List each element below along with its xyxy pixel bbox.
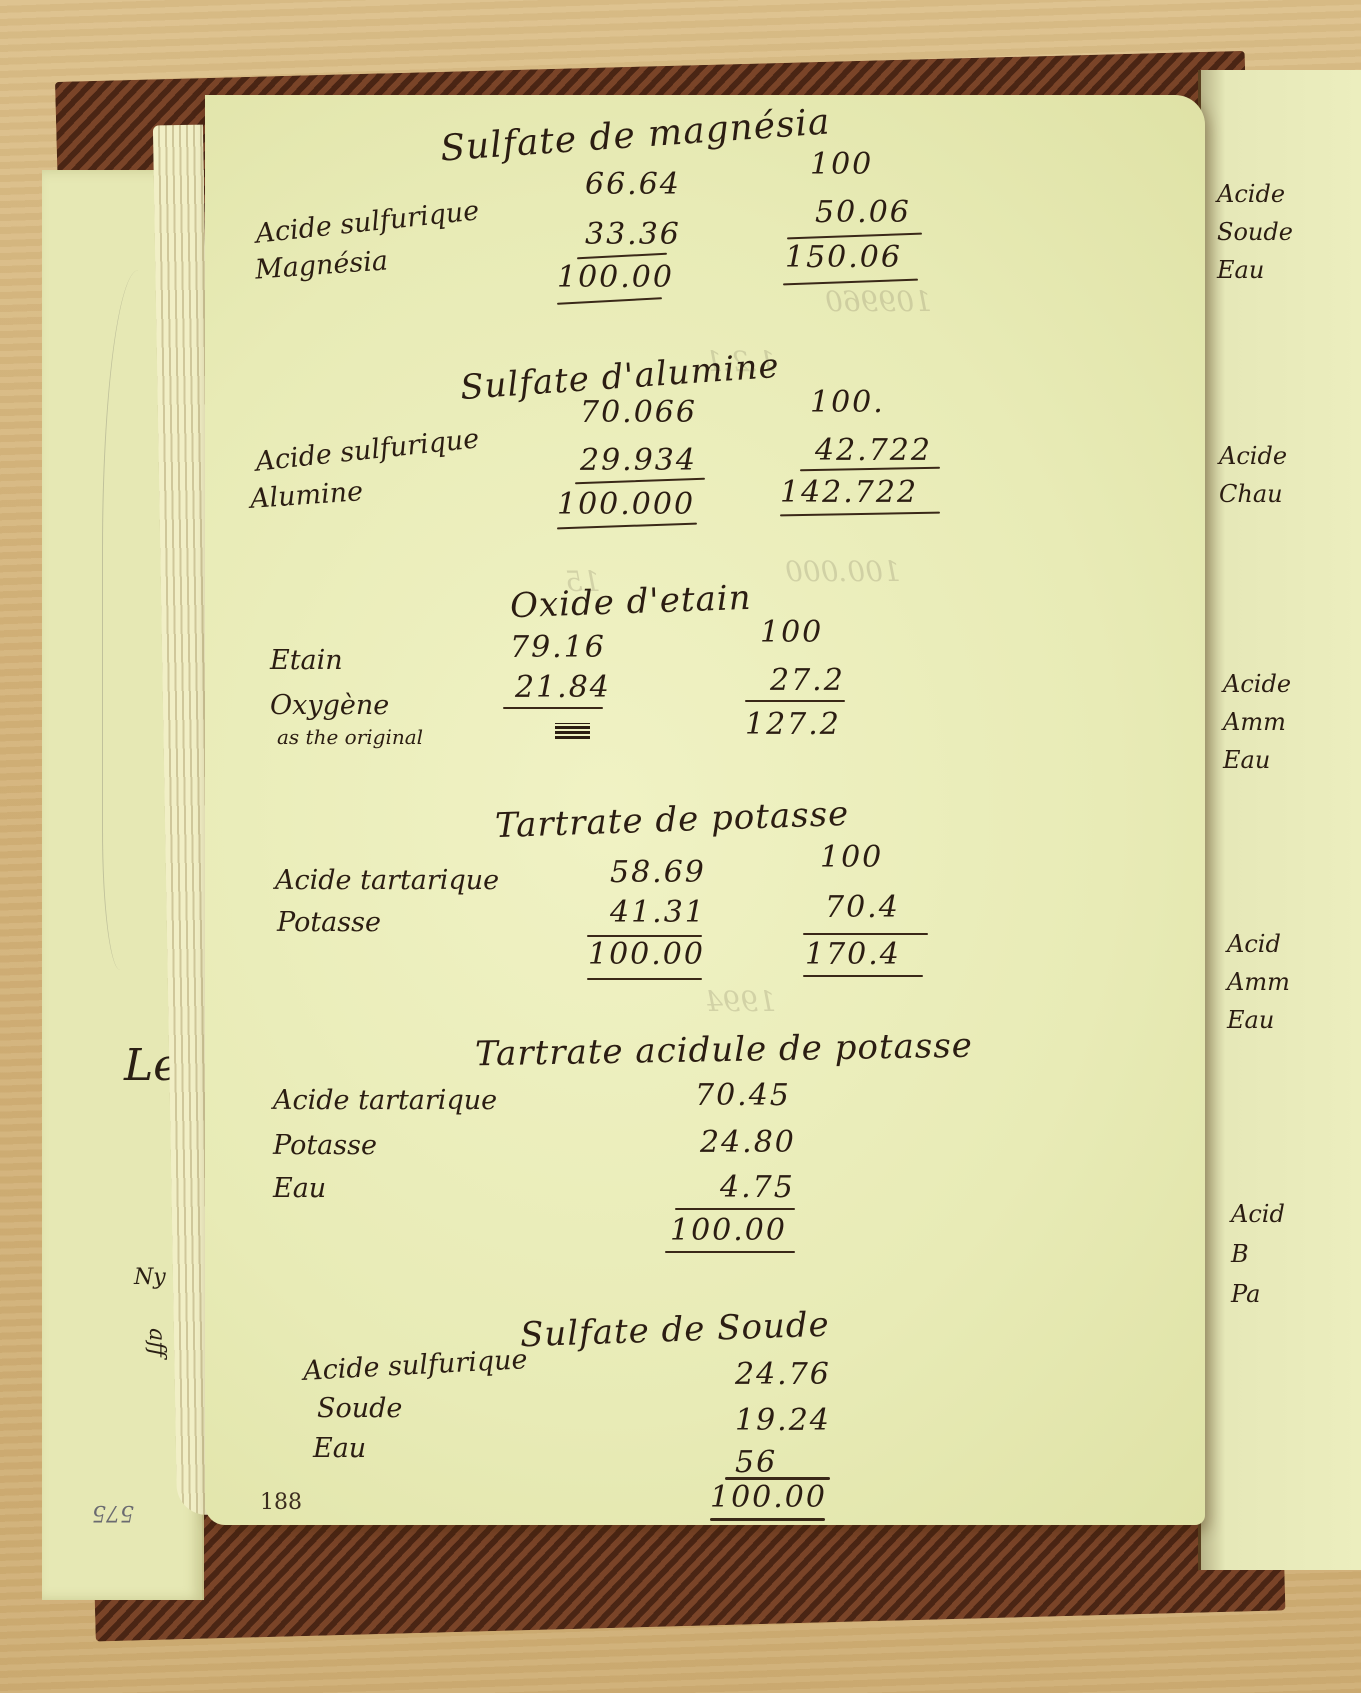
row-label: Acide sulfurique: [254, 195, 481, 249]
sum-rule: [675, 1208, 795, 1210]
right-fragment: Acide: [1219, 442, 1287, 470]
value-col2: 27.2: [770, 663, 845, 698]
row-label: Acide sulfurique: [302, 1344, 528, 1387]
total-col2: 150.06: [785, 240, 902, 275]
value-col2: 42.722: [815, 433, 932, 468]
total-col1: 100.00: [670, 1213, 787, 1248]
value-col1: 4.75: [720, 1170, 795, 1205]
row-label: Eau: [273, 1173, 326, 1204]
right-fragment: Acid: [1231, 1200, 1285, 1228]
total-col1: 100.00: [710, 1480, 827, 1515]
section-title: Sulfate de Soude: [519, 1305, 830, 1356]
right-fragment: Eau: [1217, 256, 1264, 284]
sum-rule: [803, 975, 923, 977]
right-fragment: Eau: [1227, 1006, 1274, 1034]
row-label: Potasse: [273, 1130, 377, 1161]
value-col1: 70.45: [695, 1078, 791, 1113]
row-label: Soude: [317, 1393, 402, 1424]
sum-rule: [745, 700, 845, 702]
row-label: Oxygène: [270, 690, 389, 721]
value-col1: 24.76: [735, 1357, 831, 1392]
right-fragment: B: [1231, 1240, 1249, 1268]
sum-rule: [587, 978, 702, 980]
value-col1: 29.934: [580, 443, 697, 478]
value-col2: 100: [810, 147, 873, 182]
spine-number: 575: [92, 1500, 134, 1525]
right-fragment: Soude: [1217, 218, 1293, 246]
sum-rule: [803, 933, 928, 935]
total-col1: 100.00: [557, 260, 674, 295]
sum-rule: [557, 523, 697, 530]
section-title: Oxide d'etain: [509, 578, 752, 626]
notebook-page: 109960 1.2.1 100.000 15 1994 Sulfate de …: [205, 95, 1205, 1525]
right-page: Acide Soude Eau Acide Chau Acide Amm Eau…: [1198, 70, 1361, 1570]
right-fragment: Chau: [1219, 480, 1283, 508]
row-label: Acide sulfurique: [254, 423, 481, 477]
total-col2: 170.4: [805, 937, 901, 972]
total-col2: 142.722: [780, 475, 918, 510]
right-fragment: Eau: [1223, 746, 1270, 774]
sum-rule: [575, 478, 705, 485]
right-fragment: Acide: [1217, 180, 1285, 208]
right-fragment: Amm: [1223, 708, 1286, 736]
flap-fragment: aff: [144, 1328, 169, 1357]
value-col1: 33.36: [585, 217, 681, 252]
sum-rule: [665, 1251, 795, 1253]
row-label: Etain: [270, 645, 343, 676]
value-col2: 100.: [810, 385, 885, 420]
value-col1: 79.16: [510, 630, 606, 665]
value-col1: 66.64: [585, 167, 681, 202]
row-label: Eau: [313, 1433, 366, 1464]
total-col1: 100.00: [588, 937, 705, 972]
row-label: Acide tartarique: [273, 1085, 497, 1116]
value-col1: 24.80: [700, 1125, 796, 1160]
right-fragment: Acide: [1223, 670, 1291, 698]
right-fragment: Pa: [1231, 1280, 1260, 1308]
value-col1: 41.31: [610, 895, 706, 930]
row-label: Alumine: [249, 476, 364, 515]
total-col1: 100.000: [557, 487, 695, 522]
section-title: Tartrate de potasse: [494, 794, 849, 846]
sum-rule: [710, 1518, 825, 1521]
sum-rule: [787, 233, 922, 240]
total-col2: 127.2: [745, 707, 841, 742]
row-label: Acide tartarique: [275, 865, 499, 896]
flap-fragment: Ny: [134, 1265, 166, 1290]
row-label: Magnésia: [254, 245, 389, 285]
page-number: 188: [260, 1490, 302, 1515]
section-title: Sulfate de magnésia: [439, 101, 832, 169]
bleed-through-text: 1994: [705, 985, 776, 1018]
margin-note: as the original: [277, 725, 423, 749]
value-col1: 56: [735, 1445, 777, 1480]
row-label: Potasse: [277, 907, 381, 938]
sum-rule: [780, 512, 940, 517]
value-col1: 58.69: [610, 855, 706, 890]
sum-rule: [557, 297, 662, 304]
bleed-through-text: 109960: [825, 285, 932, 318]
value-col2: 50.06: [815, 195, 911, 230]
sum-rule: [577, 253, 667, 260]
value-col1: 70.066: [580, 395, 697, 430]
value-col1: 19.24: [735, 1403, 831, 1438]
value-col2: 70.4: [825, 890, 900, 925]
value-col1: 21.84: [515, 670, 611, 705]
right-fragment: Acid: [1227, 930, 1281, 958]
section-title: Tartrate acidule de potasse: [475, 1026, 973, 1075]
value-col2: 100: [760, 615, 823, 650]
bleed-through-text: 100.000: [785, 555, 901, 588]
sum-rule: [503, 707, 603, 709]
struck-out-total: [555, 723, 590, 739]
right-fragment: Amm: [1227, 968, 1290, 996]
value-col2: 100: [820, 840, 883, 875]
